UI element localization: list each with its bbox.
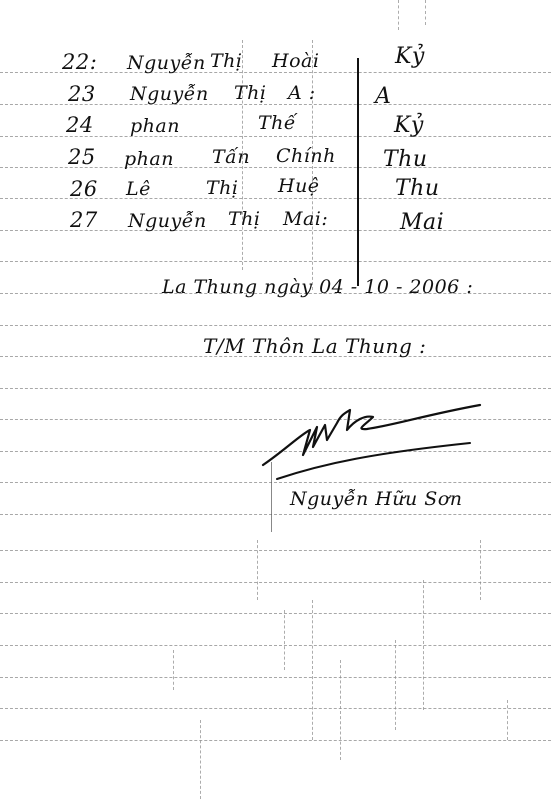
grid-tick <box>284 610 285 670</box>
representative-line: T/M Thôn La Thung : <box>203 334 426 358</box>
row-name-part: Hoài <box>272 50 319 72</box>
row-name-part: phan <box>130 115 180 137</box>
row-signature: Kỷ <box>394 113 424 138</box>
grid-tick <box>507 700 508 740</box>
row-number: 26 <box>70 177 98 201</box>
row-name-part: Thị <box>234 82 267 104</box>
row-name-part: Tấn <box>212 146 250 168</box>
row-name-part: Thị <box>206 177 239 199</box>
row-signature: Thu <box>383 147 428 172</box>
grid-tick <box>257 540 258 600</box>
row-number: 22: <box>62 50 97 74</box>
row-name-part: Nguyễn <box>128 210 207 232</box>
row-name-part: Mai: <box>283 208 328 230</box>
row-name-part: Huệ <box>278 175 320 197</box>
row-number: 23 <box>68 82 96 106</box>
grid-tick <box>200 720 201 799</box>
grid-tick <box>480 540 481 600</box>
grid-tick <box>340 660 341 760</box>
row-name-part: Thị <box>228 208 261 230</box>
margin-mark <box>271 462 272 532</box>
ruled-line <box>0 613 551 614</box>
ruled-line <box>0 261 551 262</box>
row-name-part: Nguyễn <box>130 83 209 105</box>
row-name-part: Thị <box>210 50 243 72</box>
row-name-part: Lê <box>126 178 151 200</box>
row-name-part: A : <box>288 82 316 104</box>
column-divider <box>357 58 359 286</box>
ruled-line <box>0 708 551 709</box>
row-name-part: phan <box>124 148 174 170</box>
grid-tick <box>398 0 399 30</box>
row-signature: A <box>375 84 391 109</box>
row-number: 25 <box>68 145 96 169</box>
ruled-line <box>0 645 551 646</box>
grid-tick <box>425 0 426 25</box>
ruled-line <box>0 740 551 741</box>
ruled-line <box>0 677 551 678</box>
ruled-line <box>0 582 551 583</box>
row-number: 24 <box>66 113 94 137</box>
scanned-page: 22: Nguyễn Thị Hoài Kỷ 23 Nguyễn Thị A :… <box>0 0 551 799</box>
row-signature: Thu <box>395 176 440 201</box>
signature-scribble <box>255 385 485 485</box>
grid-tick <box>312 600 313 740</box>
row-signature: Mai <box>400 210 444 235</box>
signer-name: Nguyễn Hữu Sơn <box>290 488 463 510</box>
row-signature: Kỷ <box>395 44 425 69</box>
grid-tick <box>423 580 424 710</box>
ruled-line <box>0 325 551 326</box>
date-line: La Thung ngày 04 - 10 - 2006 : <box>162 276 473 298</box>
grid-tick <box>173 650 174 690</box>
row-number: 27 <box>70 208 98 232</box>
ruled-line <box>0 514 551 515</box>
row-name-part: Thế <box>258 112 296 134</box>
row-name-part: Nguyễn <box>127 52 206 74</box>
row-name-part: Chính <box>276 145 336 167</box>
grid-tick <box>395 640 396 730</box>
ruled-line <box>0 550 551 551</box>
